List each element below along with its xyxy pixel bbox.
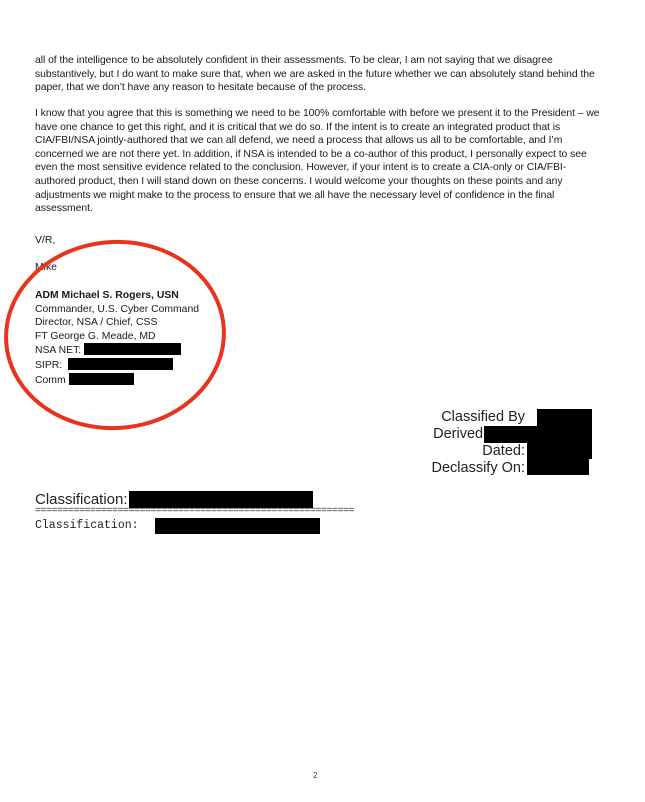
signer-location: FT George G. Meade, MD — [35, 330, 199, 344]
classification-block: Classified By Derived From: Dated: Decla… — [432, 409, 525, 477]
body-paragraph-2: I know that you agree that this is somet… — [35, 107, 605, 216]
nsanet-line: NSA NET: — [35, 343, 199, 358]
redaction-bar — [68, 358, 173, 370]
classified-by-label: Classified By — [432, 409, 525, 426]
redaction-bar — [155, 518, 320, 534]
classification-label-mono: Classification: — [35, 519, 139, 532]
declassify-on-label: Declassify On: — [432, 460, 525, 477]
body-paragraph-1: all of the intelligence to be absolutely… — [35, 54, 605, 95]
comm-line: Comm — [35, 373, 199, 388]
redaction-bar — [537, 409, 592, 426]
signoff: Mike — [35, 261, 57, 275]
redaction-bar — [84, 343, 181, 355]
sipr-line: SIPR: — [35, 358, 199, 373]
nsanet-label: NSA NET: — [35, 345, 81, 356]
redaction-bar — [484, 426, 592, 443]
separator-line: ========================================… — [35, 506, 354, 517]
redaction-bar — [69, 373, 134, 385]
comm-label: Comm — [35, 375, 66, 386]
signer-title-1: Commander, U.S. Cyber Command — [35, 303, 199, 317]
redaction-bar — [527, 459, 589, 475]
page-number: 2 — [313, 771, 317, 780]
closing: V/R, — [35, 234, 55, 248]
redaction-bar — [527, 443, 592, 459]
signer-name: ADM Michael S. Rogers, USN — [35, 289, 199, 303]
signer-title-2: Director, NSA / Chief, CSS — [35, 316, 199, 330]
dated-label: Dated: — [432, 443, 525, 460]
sipr-label: SIPR: — [35, 360, 62, 371]
signature-block: ADM Michael S. Rogers, USN Commander, U.… — [35, 289, 199, 387]
classification-footer-mono: Classification: — [35, 519, 139, 532]
